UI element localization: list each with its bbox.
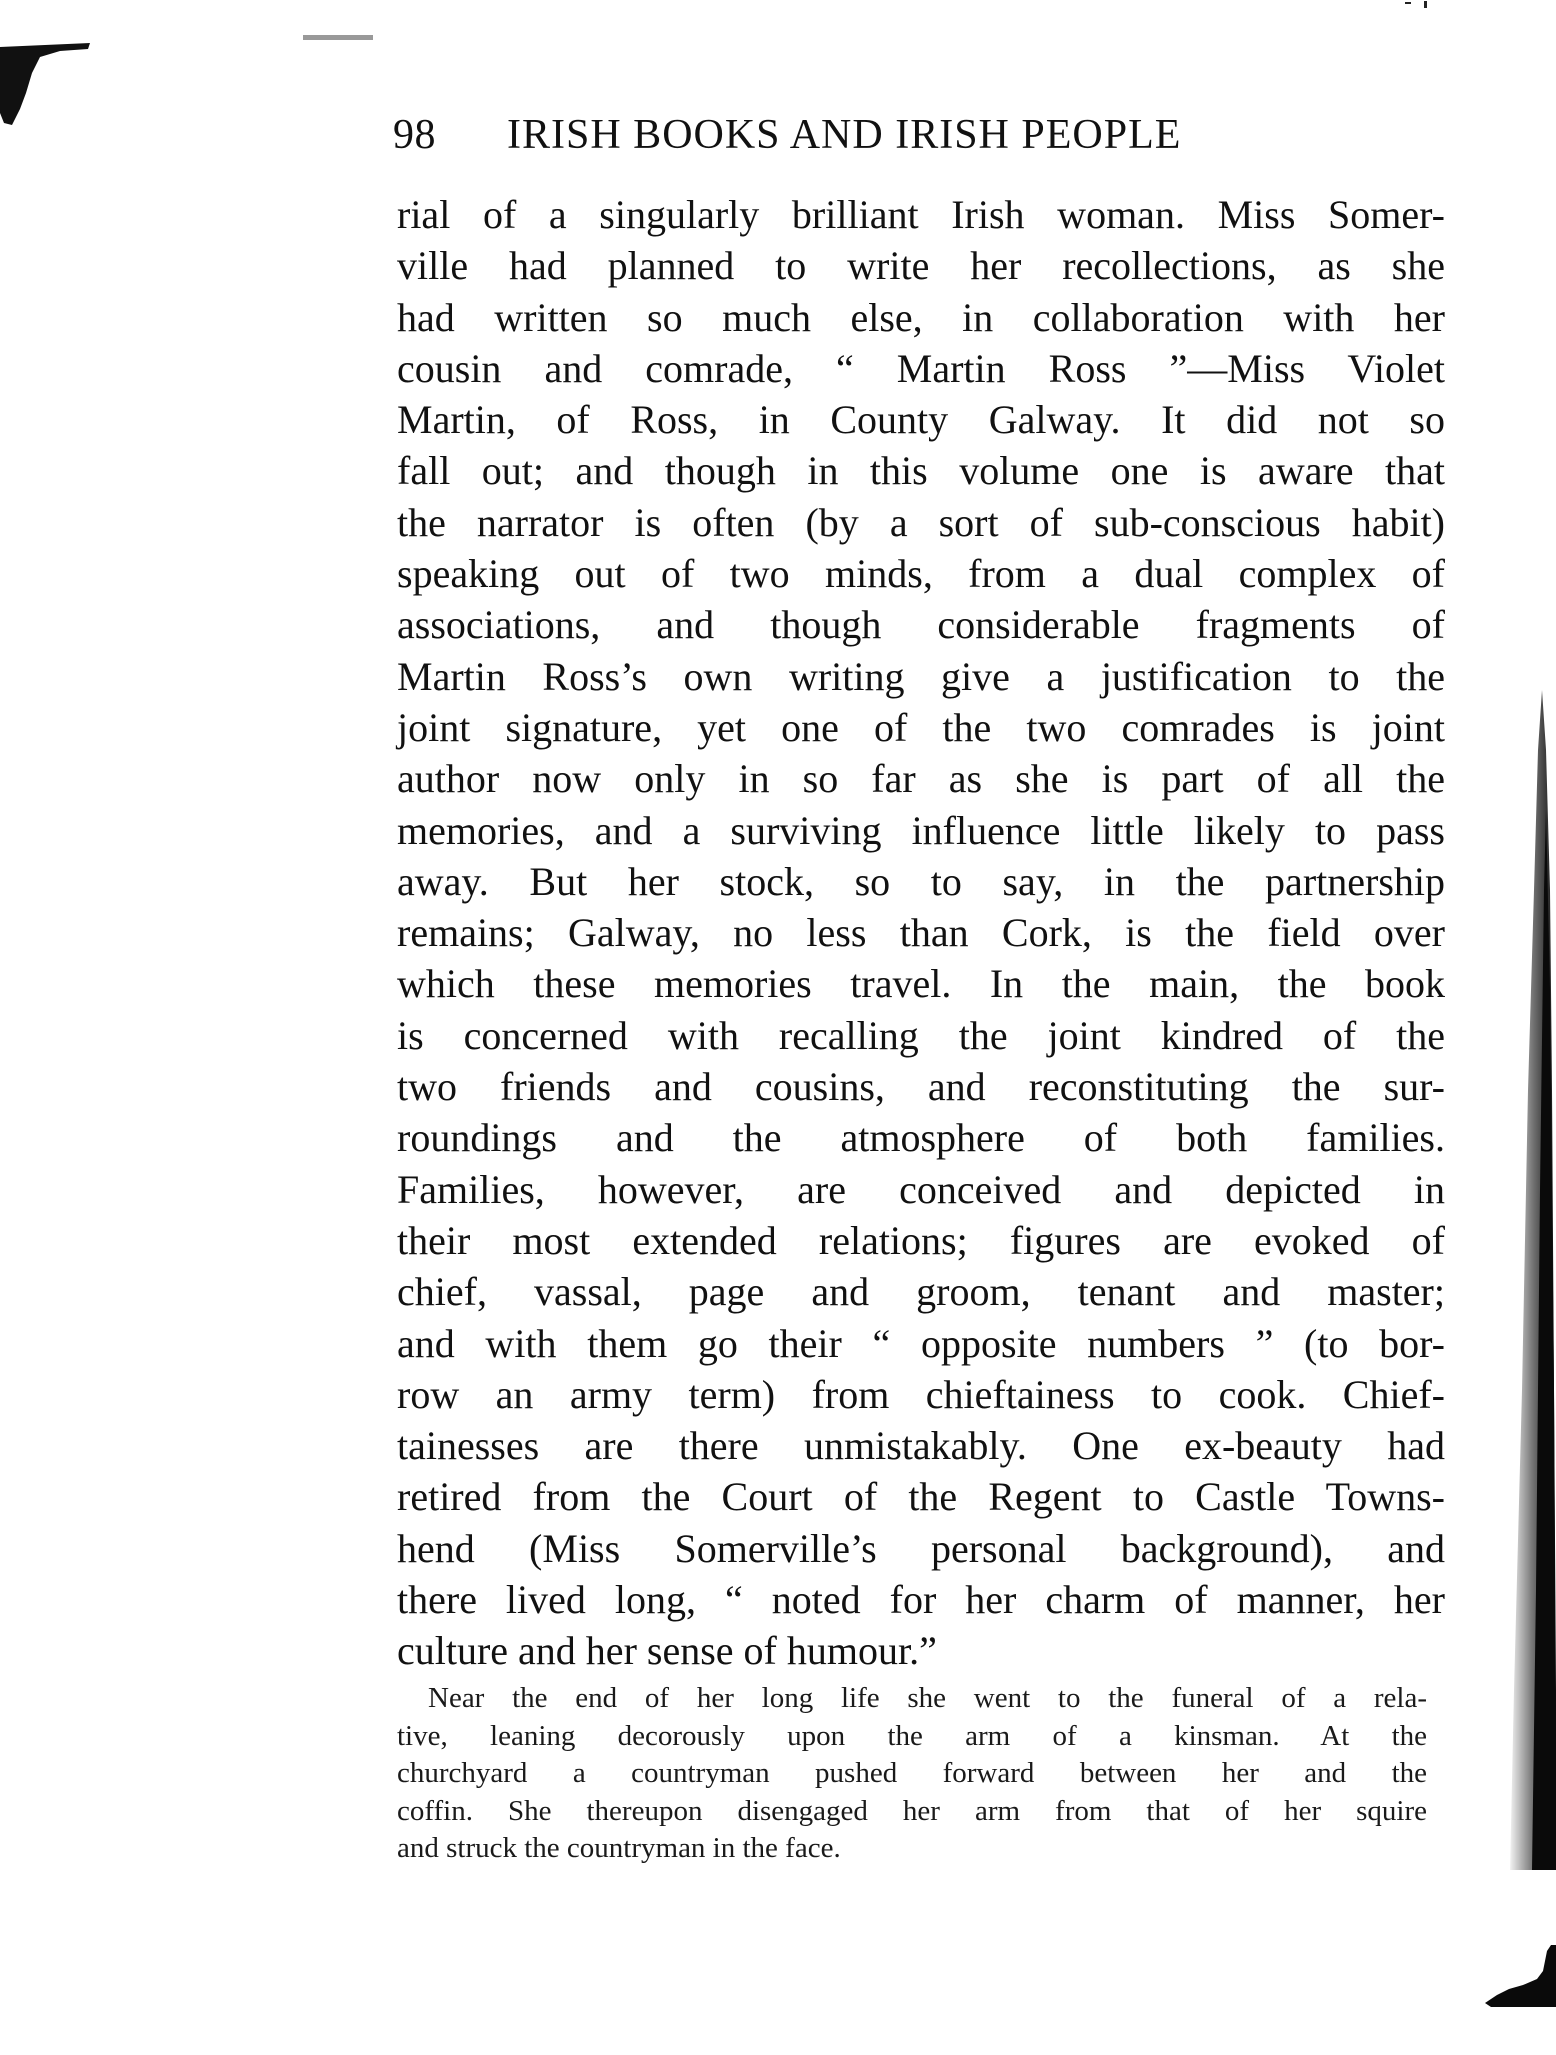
scan-blob <box>1485 1945 1556 2015</box>
scan-speck <box>1424 1 1427 8</box>
text-line: retired from the Court of the Regent to … <box>397 1471 1445 1522</box>
text-line: is concerned with recalling the joint ki… <box>397 1010 1445 1061</box>
text-line: hend (Miss Somerville’s personal backgro… <box>397 1523 1445 1574</box>
text-line: tainesses are there unmistakably. One ex… <box>397 1420 1445 1471</box>
text-line: row an army term) from chieftainess to c… <box>397 1369 1445 1420</box>
scan-speck <box>1405 2 1411 4</box>
text-line: fall out; and though in this volume one … <box>397 445 1445 496</box>
text-line: Families, however, are conceived and dep… <box>397 1164 1445 1215</box>
small-print-line: Near the end of her long life she went t… <box>397 1680 1427 1718</box>
text-line: ville had planned to write her recollect… <box>397 240 1445 291</box>
text-line: Martin, of Ross, in County Galway. It di… <box>397 394 1445 445</box>
text-line: away. But her stock, so to say, in the p… <box>397 856 1445 907</box>
text-line: the narrator is often (by a sort of sub-… <box>397 497 1445 548</box>
text-line: which these memories travel. In the main… <box>397 958 1445 1009</box>
body-paragraph: rial of a singularly brilliant Irish wom… <box>397 189 1445 1677</box>
small-print-line: churchyard a countryman pushed forward b… <box>397 1755 1427 1793</box>
text-line: culture and her sense of humour.” <box>397 1625 1445 1676</box>
text-line: Martin Ross’s own writing give a justifi… <box>397 651 1445 702</box>
text-line: rial of a singularly brilliant Irish wom… <box>397 189 1445 240</box>
small-print-line: tive, leaning decorously upon the arm of… <box>397 1718 1427 1756</box>
running-title: IRISH BOOKS AND IRISH PEOPLE <box>507 112 1181 158</box>
text-line: their most extended relations; figures a… <box>397 1215 1445 1266</box>
text-line: cousin and comrade, “ Martin Ross ”—Miss… <box>397 343 1445 394</box>
text-line: chief, vassal, page and groom, tenant an… <box>397 1266 1445 1317</box>
text-line: speaking out of two minds, from a dual c… <box>397 548 1445 599</box>
binding-shadow <box>1470 690 1556 1880</box>
scan-corner-mark <box>0 43 90 125</box>
small-print-line: coffin. She thereupon disengaged her arm… <box>397 1793 1427 1831</box>
small-print-paragraph: Near the end of her long life she went t… <box>397 1680 1427 1868</box>
text-line: and with them go their “ opposite number… <box>397 1318 1445 1369</box>
text-line: there lived long, “ noted for her charm … <box>397 1574 1445 1625</box>
text-line: had written so much else, in collaborati… <box>397 292 1445 343</box>
page-number: 98 <box>393 112 436 158</box>
text-line: remains; Galway, no less than Cork, is t… <box>397 907 1445 958</box>
scan-smudge <box>303 35 373 40</box>
small-print-line: and struck the countryman in the face. <box>397 1830 1427 1868</box>
text-line: roundings and the atmosphere of both fam… <box>397 1112 1445 1163</box>
running-header: 98 IRISH BOOKS AND IRISH PEOPLE <box>393 112 1323 158</box>
text-line: two friends and cousins, and reconstitut… <box>397 1061 1445 1112</box>
text-line: joint signature, yet one of the two comr… <box>397 702 1445 753</box>
text-line: author now only in so far as she is part… <box>397 753 1445 804</box>
text-line: memories, and a surviving influence litt… <box>397 805 1445 856</box>
text-line: associations, and though considerable fr… <box>397 599 1445 650</box>
book-page: 98 IRISH BOOKS AND IRISH PEOPLE rial of … <box>0 0 1556 2055</box>
